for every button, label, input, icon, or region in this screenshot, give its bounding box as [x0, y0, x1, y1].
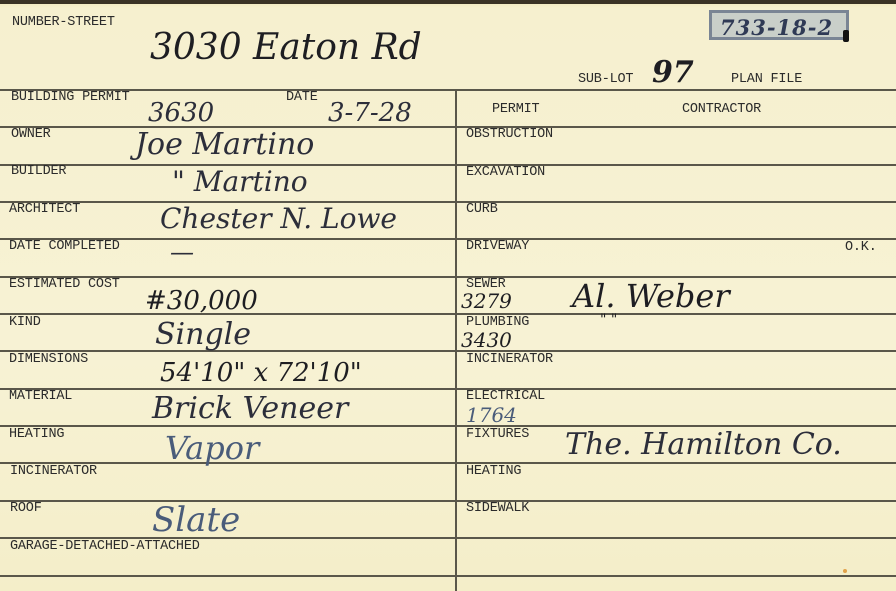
rule-line — [0, 276, 896, 278]
building-permit-card: 733-18-2 NUMBER-STREET 3030 Eaton Rd SUB… — [0, 0, 896, 591]
dimensions-value: 54'10" x 72'10" — [160, 360, 362, 386]
obstruction-label: OBSTRUCTION — [466, 127, 553, 143]
rule-line — [0, 89, 896, 91]
sub-lot-value: 97 — [652, 58, 694, 88]
rule-line — [0, 201, 896, 203]
owner-value: Joe Martino — [135, 130, 314, 160]
rule-line — [0, 350, 896, 352]
date-value: 3-7-28 — [328, 100, 412, 126]
sidewalk-label: SIDEWALK — [466, 501, 529, 517]
incinerator-permit-label: INCINERATOR — [466, 352, 553, 368]
sewer-contractor: Al. Weber — [572, 280, 730, 312]
architect-value: Chester N. Lowe — [160, 205, 397, 233]
plumbing-contractor: " " — [600, 313, 617, 327]
estimated-cost-label: ESTIMATED COST — [9, 277, 120, 293]
building-permit-value: 3630 — [148, 100, 214, 126]
date-completed-label: DATE COMPLETED — [9, 239, 120, 255]
sewer-permit: 3279 — [461, 291, 512, 311]
card-top-edge — [0, 0, 896, 4]
sub-lot-label: SUB-LOT — [578, 72, 633, 88]
column-divider — [455, 89, 457, 591]
heating-label: HEATING — [9, 427, 64, 443]
plan-file-label: PLAN FILE — [731, 72, 802, 88]
curb-label: CURB — [466, 202, 498, 218]
dimensions-label: DIMENSIONS — [9, 352, 88, 368]
kind-label: KIND — [9, 315, 41, 331]
heating-value: Vapor — [165, 432, 259, 464]
estimated-cost-value: #30,000 — [145, 288, 258, 314]
material-label: MATERIAL — [9, 389, 72, 405]
rule-line — [0, 164, 896, 166]
rule-line — [0, 388, 896, 390]
driveway-label: DRIVEWAY — [466, 239, 529, 255]
building-permit-label: BUILDING PERMIT — [11, 90, 130, 106]
ink-spot — [843, 569, 847, 573]
excavation-label: EXCAVATION — [466, 165, 545, 181]
rule-line — [0, 500, 896, 502]
roof-label: ROOF — [10, 501, 42, 517]
builder-value: " Martino — [172, 168, 308, 196]
ink-mark — [843, 30, 849, 42]
rule-line — [0, 313, 896, 315]
builder-label: BUILDER — [11, 164, 66, 180]
fixtures-contractor: The. Hamilton Co. — [565, 430, 842, 460]
rule-line — [0, 238, 896, 240]
electrical-permit: 1764 — [466, 405, 517, 425]
heating-permit-label: HEATING — [466, 464, 521, 480]
date-label: DATE — [286, 90, 318, 106]
file-number-text: 733-18-2 — [720, 15, 833, 40]
material-value: Brick Veneer — [152, 394, 348, 424]
owner-label: OWNER — [11, 127, 51, 143]
plumbing-permit: 3430 — [461, 330, 512, 350]
number-street-value: 3030 Eaton Rd — [150, 30, 422, 66]
roof-value: Slate — [152, 503, 240, 537]
driveway-ok-note: O.K. — [845, 240, 877, 256]
permit-column-header: PERMIT — [492, 102, 539, 118]
file-number-stamp: 733-18-2 — [709, 10, 849, 40]
architect-label: ARCHITECT — [9, 202, 80, 218]
contractor-column-header: CONTRACTOR — [682, 102, 761, 118]
number-street-label: NUMBER-STREET — [12, 15, 115, 31]
rule-line — [0, 575, 896, 577]
incinerator-label: INCINERATOR — [10, 464, 97, 480]
rule-line — [0, 462, 896, 464]
garage-label: GARAGE-DETACHED-ATTACHED — [10, 539, 200, 555]
kind-value: Single — [155, 320, 251, 350]
fixtures-label: FIXTURES — [466, 427, 529, 443]
date-completed-value: — — [170, 240, 194, 264]
